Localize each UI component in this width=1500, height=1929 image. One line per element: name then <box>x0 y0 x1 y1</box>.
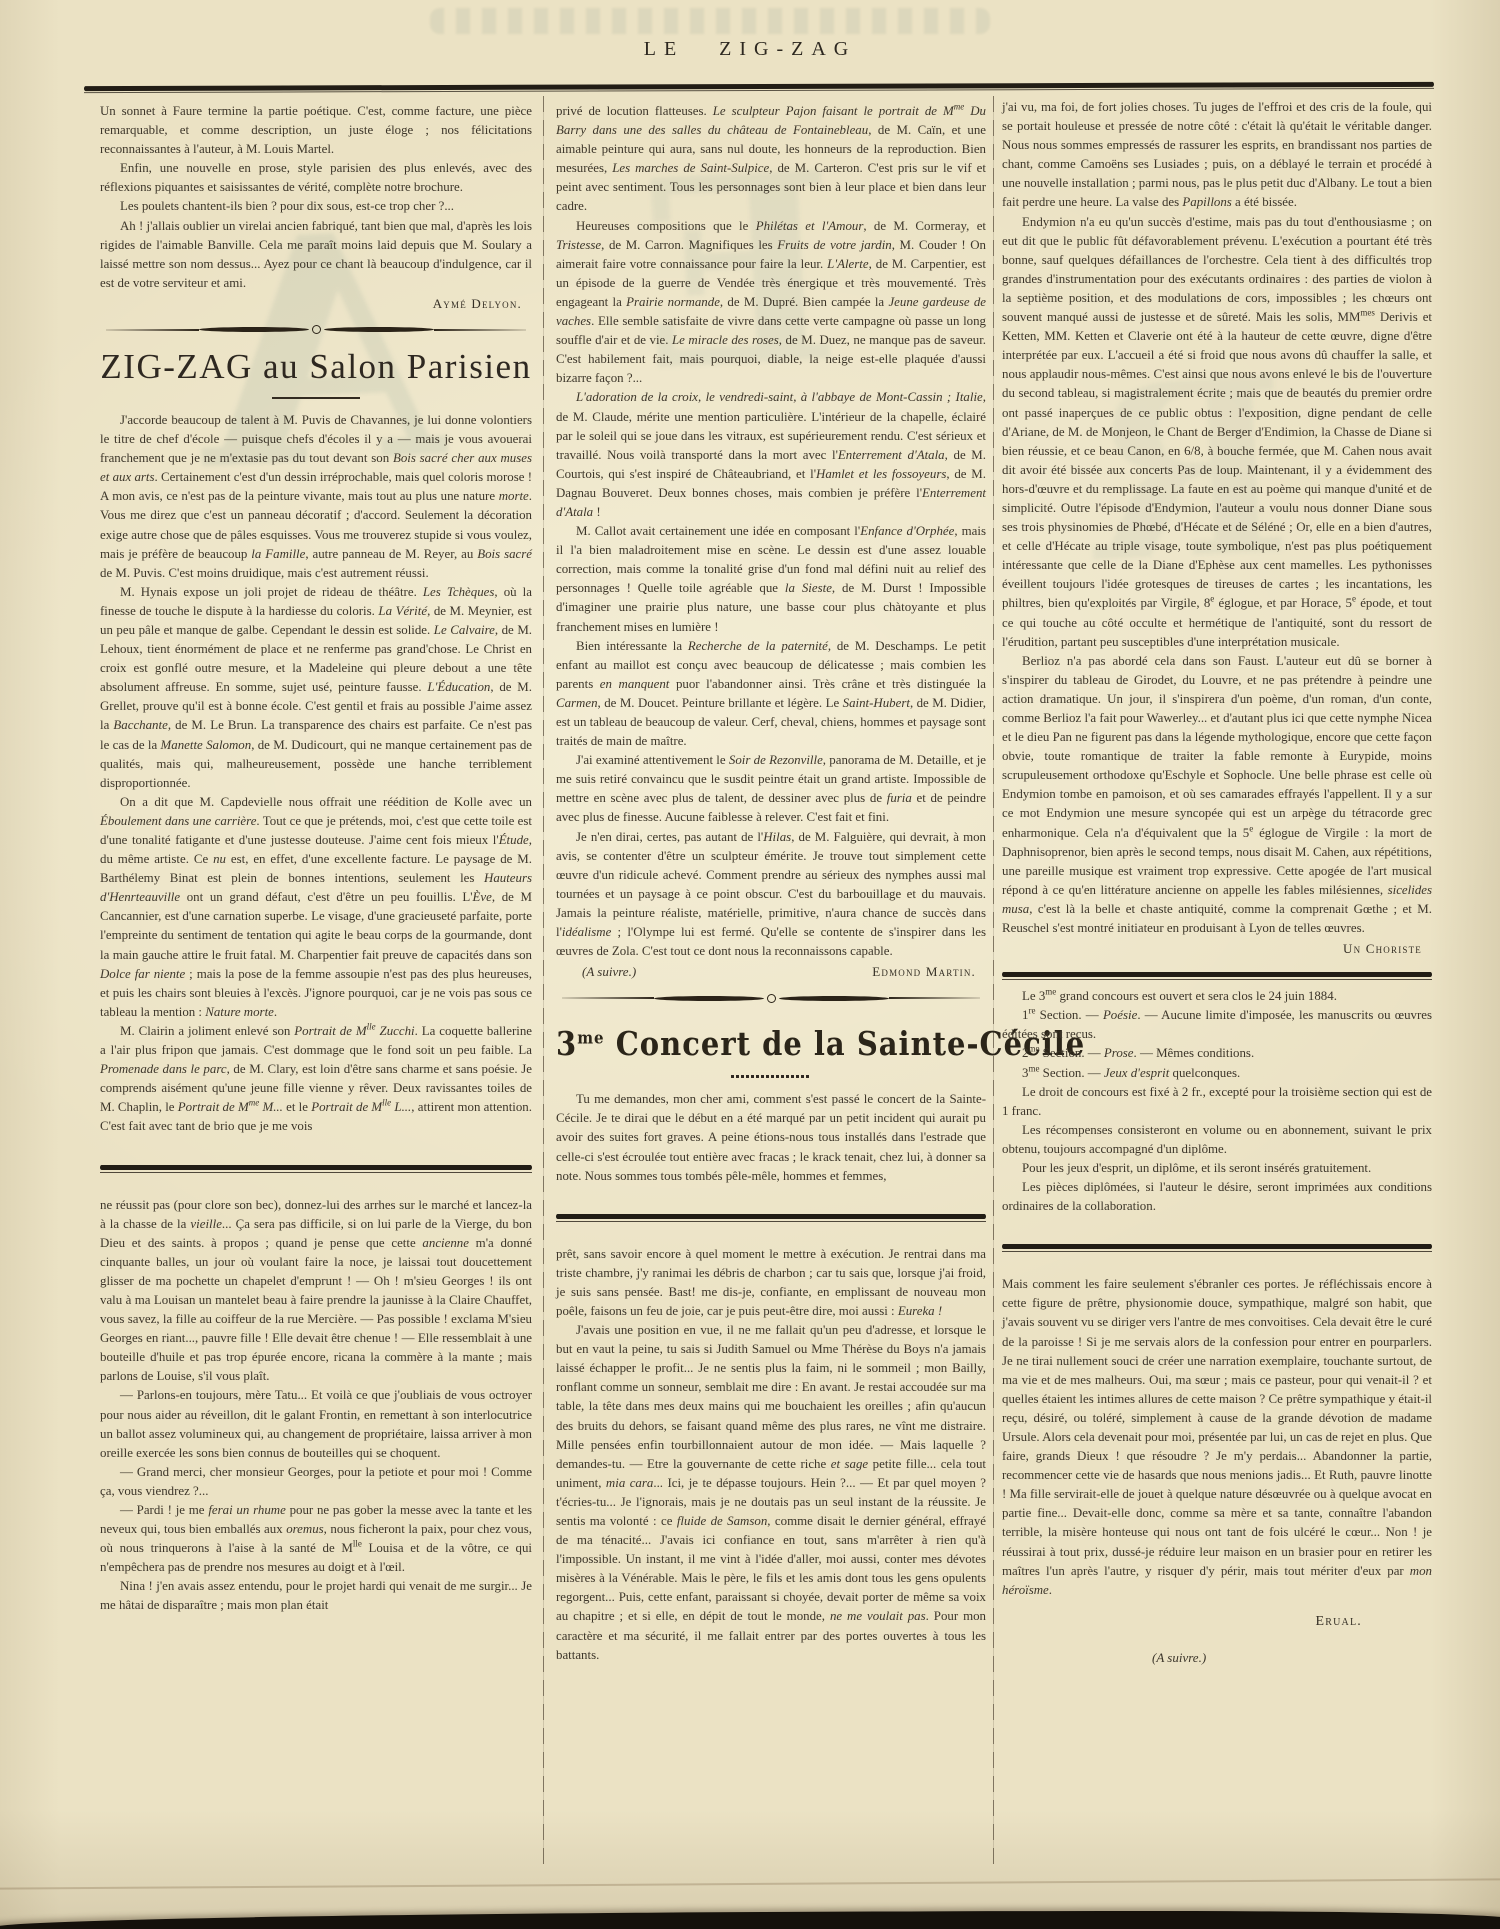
signature-martin: Edmond Martin. <box>872 962 976 981</box>
paragraph: J'avais une position en vue, il ne me fa… <box>556 1321 986 1665</box>
paragraph: Un sonnet à Faure termine la partie poét… <box>100 102 532 159</box>
paragraph: On a dit que M. Capdevielle nous offrait… <box>100 793 532 1022</box>
ornament-line <box>562 997 654 999</box>
paragraph: 2me Section. — Prose. — Mêmes conditions… <box>1002 1044 1432 1063</box>
paragraph: J'ai examiné attentivement le Soir de Re… <box>556 751 986 827</box>
paper-fold-line <box>0 1878 1500 1889</box>
paragraph: Je n'en dirai, certes, pas autant de l'H… <box>556 828 986 962</box>
column-divider-left <box>543 96 544 1864</box>
concours-paragraphs: Le 3me grand concours est ouvert et sera… <box>1002 987 1432 1216</box>
signature-row: (A suivre.) Edmond Martin. <box>556 961 986 981</box>
paragraph: J'accorde beaucoup de talent à M. Puvis … <box>100 411 532 583</box>
section-title-salon: ZIG-ZAG au Salon Parisien <box>100 347 532 387</box>
section-separator-rule <box>556 1214 986 1219</box>
paragraph: privé de locution flatteuses. Le sculpte… <box>556 102 986 217</box>
signature-erual: Erual. <box>1002 1614 1432 1630</box>
paragraph: Berlioz n'a pas abordé cela dans son Fau… <box>1002 652 1432 938</box>
paragraph: Tu me demandes, mon cher ami, comment s'… <box>556 1090 986 1185</box>
newspaper-page: A E R LE ZIG-ZAG Un sonnet à Faure termi… <box>0 0 1500 1929</box>
paragraph: — Pardi ! je me ferai un rhume pour ne p… <box>100 1501 532 1577</box>
article-poetique-end: Un sonnet à Faure termine la partie poét… <box>100 102 532 313</box>
concours-top-rule <box>1002 972 1432 977</box>
signature-delyon: Aymé Delyon. <box>433 294 522 313</box>
masthead-title: LE ZIG-ZAG <box>0 38 1500 61</box>
a-suivre-note: (A suivre.) <box>582 962 636 981</box>
ornament-line <box>106 329 199 331</box>
paragraph: Enfin, une nouvelle en prose, style pari… <box>100 159 532 197</box>
title-rule <box>272 397 360 399</box>
ornament-swell <box>779 996 889 1001</box>
paragraph: M. Hynais expose un joli projet de ridea… <box>100 583 532 793</box>
paragraph: Bien intéressante la Recherche de la pat… <box>556 637 986 752</box>
article-paragraphs: Un sonnet à Faure termine la partie poét… <box>100 102 532 293</box>
ornament-divider <box>106 319 526 341</box>
paragraph: j'ai vu, ma foi, de fort jolies choses. … <box>1002 98 1432 213</box>
signature-choriste: Un Choriste <box>1343 939 1422 958</box>
paragraph: 1re Section. — Poésie. — Aucune limite d… <box>1002 1006 1432 1044</box>
ornament-line <box>434 329 527 331</box>
concours-announcement: Le 3me grand concours est ouvert et sera… <box>1002 987 1432 1216</box>
paragraph: M. Callot avait certainement une idée en… <box>556 522 986 637</box>
section-separator-rule <box>100 1165 532 1170</box>
paragraph: Le 3me grand concours est ouvert et sera… <box>1002 987 1432 1006</box>
ornament-line <box>889 997 981 999</box>
feuilleton-right-paragraphs: Mais comment les faire seulement s'ébran… <box>1002 1275 1432 1600</box>
ornament-swell <box>654 996 764 1001</box>
paragraph: Le droit de concours est fixé à 2 fr., e… <box>1002 1083 1432 1121</box>
column-left: Un sonnet à Faure termine la partie poét… <box>100 102 532 1616</box>
bleed-through-band <box>430 8 990 34</box>
ornament-swell <box>199 327 309 332</box>
concert-cont-paragraphs: j'ai vu, ma foi, de fort jolies choses. … <box>1002 98 1432 938</box>
feuilleton-right: Mais comment les faire seulement s'ébran… <box>1002 1275 1432 1666</box>
paragraph: Nina ! j'en avais assez entendu, pour le… <box>100 1577 532 1615</box>
paragraph: M. Clairin a joliment enlevé son Portrai… <box>100 1022 532 1137</box>
column-divider-right <box>993 96 994 1864</box>
feuilleton-left: ne réussit pas (pour clore son bec), don… <box>100 1196 532 1616</box>
article-salon-parisien: ZIG-ZAG au Salon Parisien J'accorde beau… <box>100 347 532 1137</box>
feuilleton-center: prêt, sans savoir encore à quel moment l… <box>556 1245 986 1665</box>
paragraph: Les poulets chantent-ils bien ? pour dix… <box>100 197 532 216</box>
ornament-swell <box>324 327 434 332</box>
salon-paragraphs: J'accorde beaucoup de talent à M. Puvis … <box>100 411 532 1137</box>
paragraph: Endymion n'a eu qu'un succès d'estime, m… <box>1002 213 1432 652</box>
paragraph: Pour les jeux d'esprit, un diplôme, et i… <box>1002 1159 1432 1178</box>
ornament-ring <box>767 994 776 1003</box>
section-separator-rule <box>1002 1244 1432 1249</box>
a-suivre-note: (A suivre.) <box>1152 1650 1432 1666</box>
paragraph: Heureuses compositions que le Philétas e… <box>556 217 986 389</box>
section-title-concert: 3me Concert de la Sainte-Cécile <box>556 1025 986 1063</box>
signature-row: Aymé Delyon. <box>100 293 532 313</box>
column-center: privé de locution flatteuses. Le sculpte… <box>556 102 986 1665</box>
concert-paragraphs: Tu me demandes, mon cher ami, comment s'… <box>556 1090 986 1185</box>
paragraph: Les pièces diplômées, si l'auteur le dés… <box>1002 1178 1432 1216</box>
ornament-divider <box>562 987 980 1009</box>
paragraph: prêt, sans savoir encore à quel moment l… <box>556 1245 986 1321</box>
ornament-ring <box>312 325 321 334</box>
paragraph: Mais comment les faire seulement s'ébran… <box>1002 1275 1432 1600</box>
column-right: j'ai vu, ma foi, de fort jolies choses. … <box>1002 98 1432 1666</box>
article-concert-continuation: j'ai vu, ma foi, de fort jolies choses. … <box>1002 98 1432 958</box>
article-salon-continuation: privé de locution flatteuses. Le sculpte… <box>556 102 986 981</box>
paragraph: 3me Section. — Jeux d'esprit quelconques… <box>1002 1064 1432 1083</box>
masthead-rule <box>84 82 1434 95</box>
paragraph: — Grand merci, cher monsieur Georges, po… <box>100 1463 532 1501</box>
article-concert-sainte-cecile: 3me Concert de la Sainte-Cécile Tu me de… <box>556 1025 986 1185</box>
paragraph: L'adoration de la croix, le vendredi-sai… <box>556 388 986 522</box>
paragraph: Ah ! j'allais oublier un virelai ancien … <box>100 217 532 293</box>
paragraph: Les récompenses consisteront en volume o… <box>1002 1121 1432 1159</box>
signature-row: Un Choriste <box>1002 938 1432 958</box>
salon-cont-paragraphs: privé de locution flatteuses. Le sculpte… <box>556 102 986 961</box>
title-rule-hatched <box>731 1075 811 1078</box>
scan-edge-shadow <box>0 1911 1500 1929</box>
paragraph: — Parlons-en toujours, mère Tatu... Et v… <box>100 1386 532 1462</box>
paragraph: ne réussit pas (pour clore son bec), don… <box>100 1196 532 1387</box>
